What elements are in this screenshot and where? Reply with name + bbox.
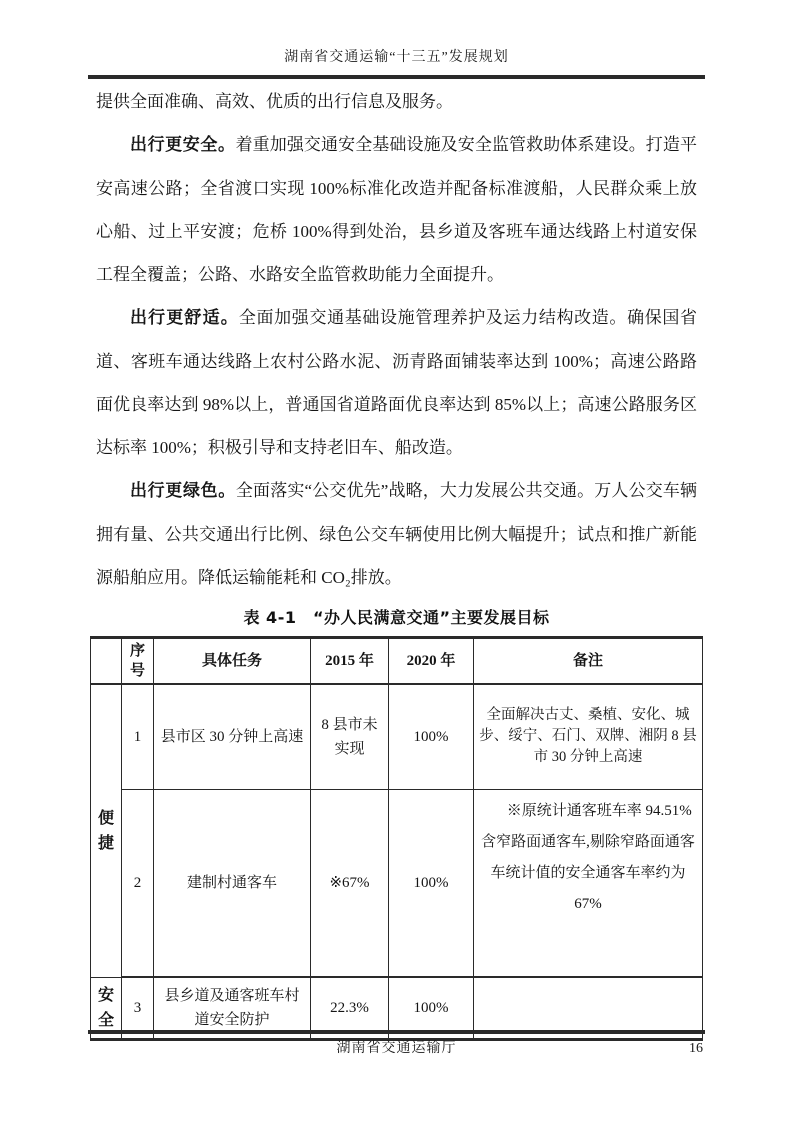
group-label-anquan: 安全 [98,983,115,1033]
page-body: 提供全面准确、高效、优质的出行信息及服务。 出行更安全。着重加强交通安全基础设施… [96,79,697,1041]
table-caption: 表 4-1 “办人民满意交通”主要发展目标 [96,605,697,628]
paragraph-1: 提供全面准确、高效、优质的出行信息及服务。 [96,80,697,123]
header-2020: 2020 年 [389,638,474,685]
row1-2020: 100% [389,684,474,789]
row2-remark: ※原统计通客班车率 94.51%含窄路面通客车,剔除窄路面通客车统计值的安全通客… [474,789,703,977]
header-group-cell [91,638,122,685]
running-header-title: 湖南省交通运输“十三五”发展规划 [0,48,793,68]
paragraph-3-text: 全面加强交通基础设施管理养护及运力结构改造。确保国省道、客班车通达线路上农村公路… [96,308,697,457]
group-cell-bianjie: 便捷 [91,684,122,977]
footer-line: 湖南省交通运输厅 16 [88,1039,705,1059]
header-remark: 备注 [474,638,703,685]
footer-organization: 湖南省交通运输厅 [88,1039,705,1059]
document-page: 湖南省交通运输“十三五”发展规划 提供全面准确、高效、优质的出行信息及服务。 出… [0,0,793,1122]
page-number: 16 [689,1039,703,1059]
page-header: 湖南省交通运输“十三五”发展规划 [0,0,793,79]
row1-remark: 全面解决古丈、桑植、安化、城步、绥宁、石门、双牌、湘阴 8 县市 30 分钟上高… [474,684,703,789]
header-task: 具体任务 [154,638,311,685]
paragraph-1-text: 提供全面准确、高效、优质的出行信息及服务。 [96,92,453,111]
table-header-row: 序号 具体任务 2015 年 2020 年 备注 [91,638,703,685]
paragraph-4-lead: 出行更绿色。 [130,481,236,501]
row2-seq: 2 [122,789,154,977]
paragraph-2: 出行更安全。着重加强交通安全基础设施及安全监管救助体系建设。打造平安高速公路；全… [96,123,697,296]
row1-2015: 8 县市未实现 [311,684,389,789]
paragraph-4: 出行更绿色。全面落实“公交优先”战略，大力发展公共交通。万人公交车辆拥有量、公共… [96,469,697,599]
paragraph-3-lead: 出行更舒适。 [130,308,239,328]
row2-2020: 100% [389,789,474,977]
table-row: 便捷 1 县市区 30 分钟上高速 8 县市未实现 100% 全面解决古丈、桑植… [91,684,703,789]
row1-seq: 1 [122,684,154,789]
development-goals-table: 序号 具体任务 2015 年 2020 年 备注 便捷 1 县市区 30 分钟上… [90,636,703,1041]
header-seq: 序号 [122,638,154,685]
paragraph-3: 出行更舒适。全面加强交通基础设施管理养护及运力结构改造。确保国省道、客班车通达线… [96,296,697,469]
header-2015: 2015 年 [311,638,389,685]
paragraph-2-lead: 出行更安全。 [130,135,236,155]
row2-2015: ※67% [311,789,389,977]
row1-task: 县市区 30 分钟上高速 [154,684,311,789]
paragraph-2-text: 着重加强交通安全基础设施及安全监管救助体系建设。打造平安高速公路；全省渡口实现 … [96,135,697,284]
group-label-bianjie: 便捷 [98,806,115,856]
table-row: 2 建制村通客车 ※67% 100% ※原统计通客班车率 94.51%含窄路面通… [91,789,703,977]
row2-task: 建制村通客车 [154,789,311,977]
footer-rule [88,1030,705,1034]
page-footer: 湖南省交通运输厅 16 [88,1030,705,1059]
